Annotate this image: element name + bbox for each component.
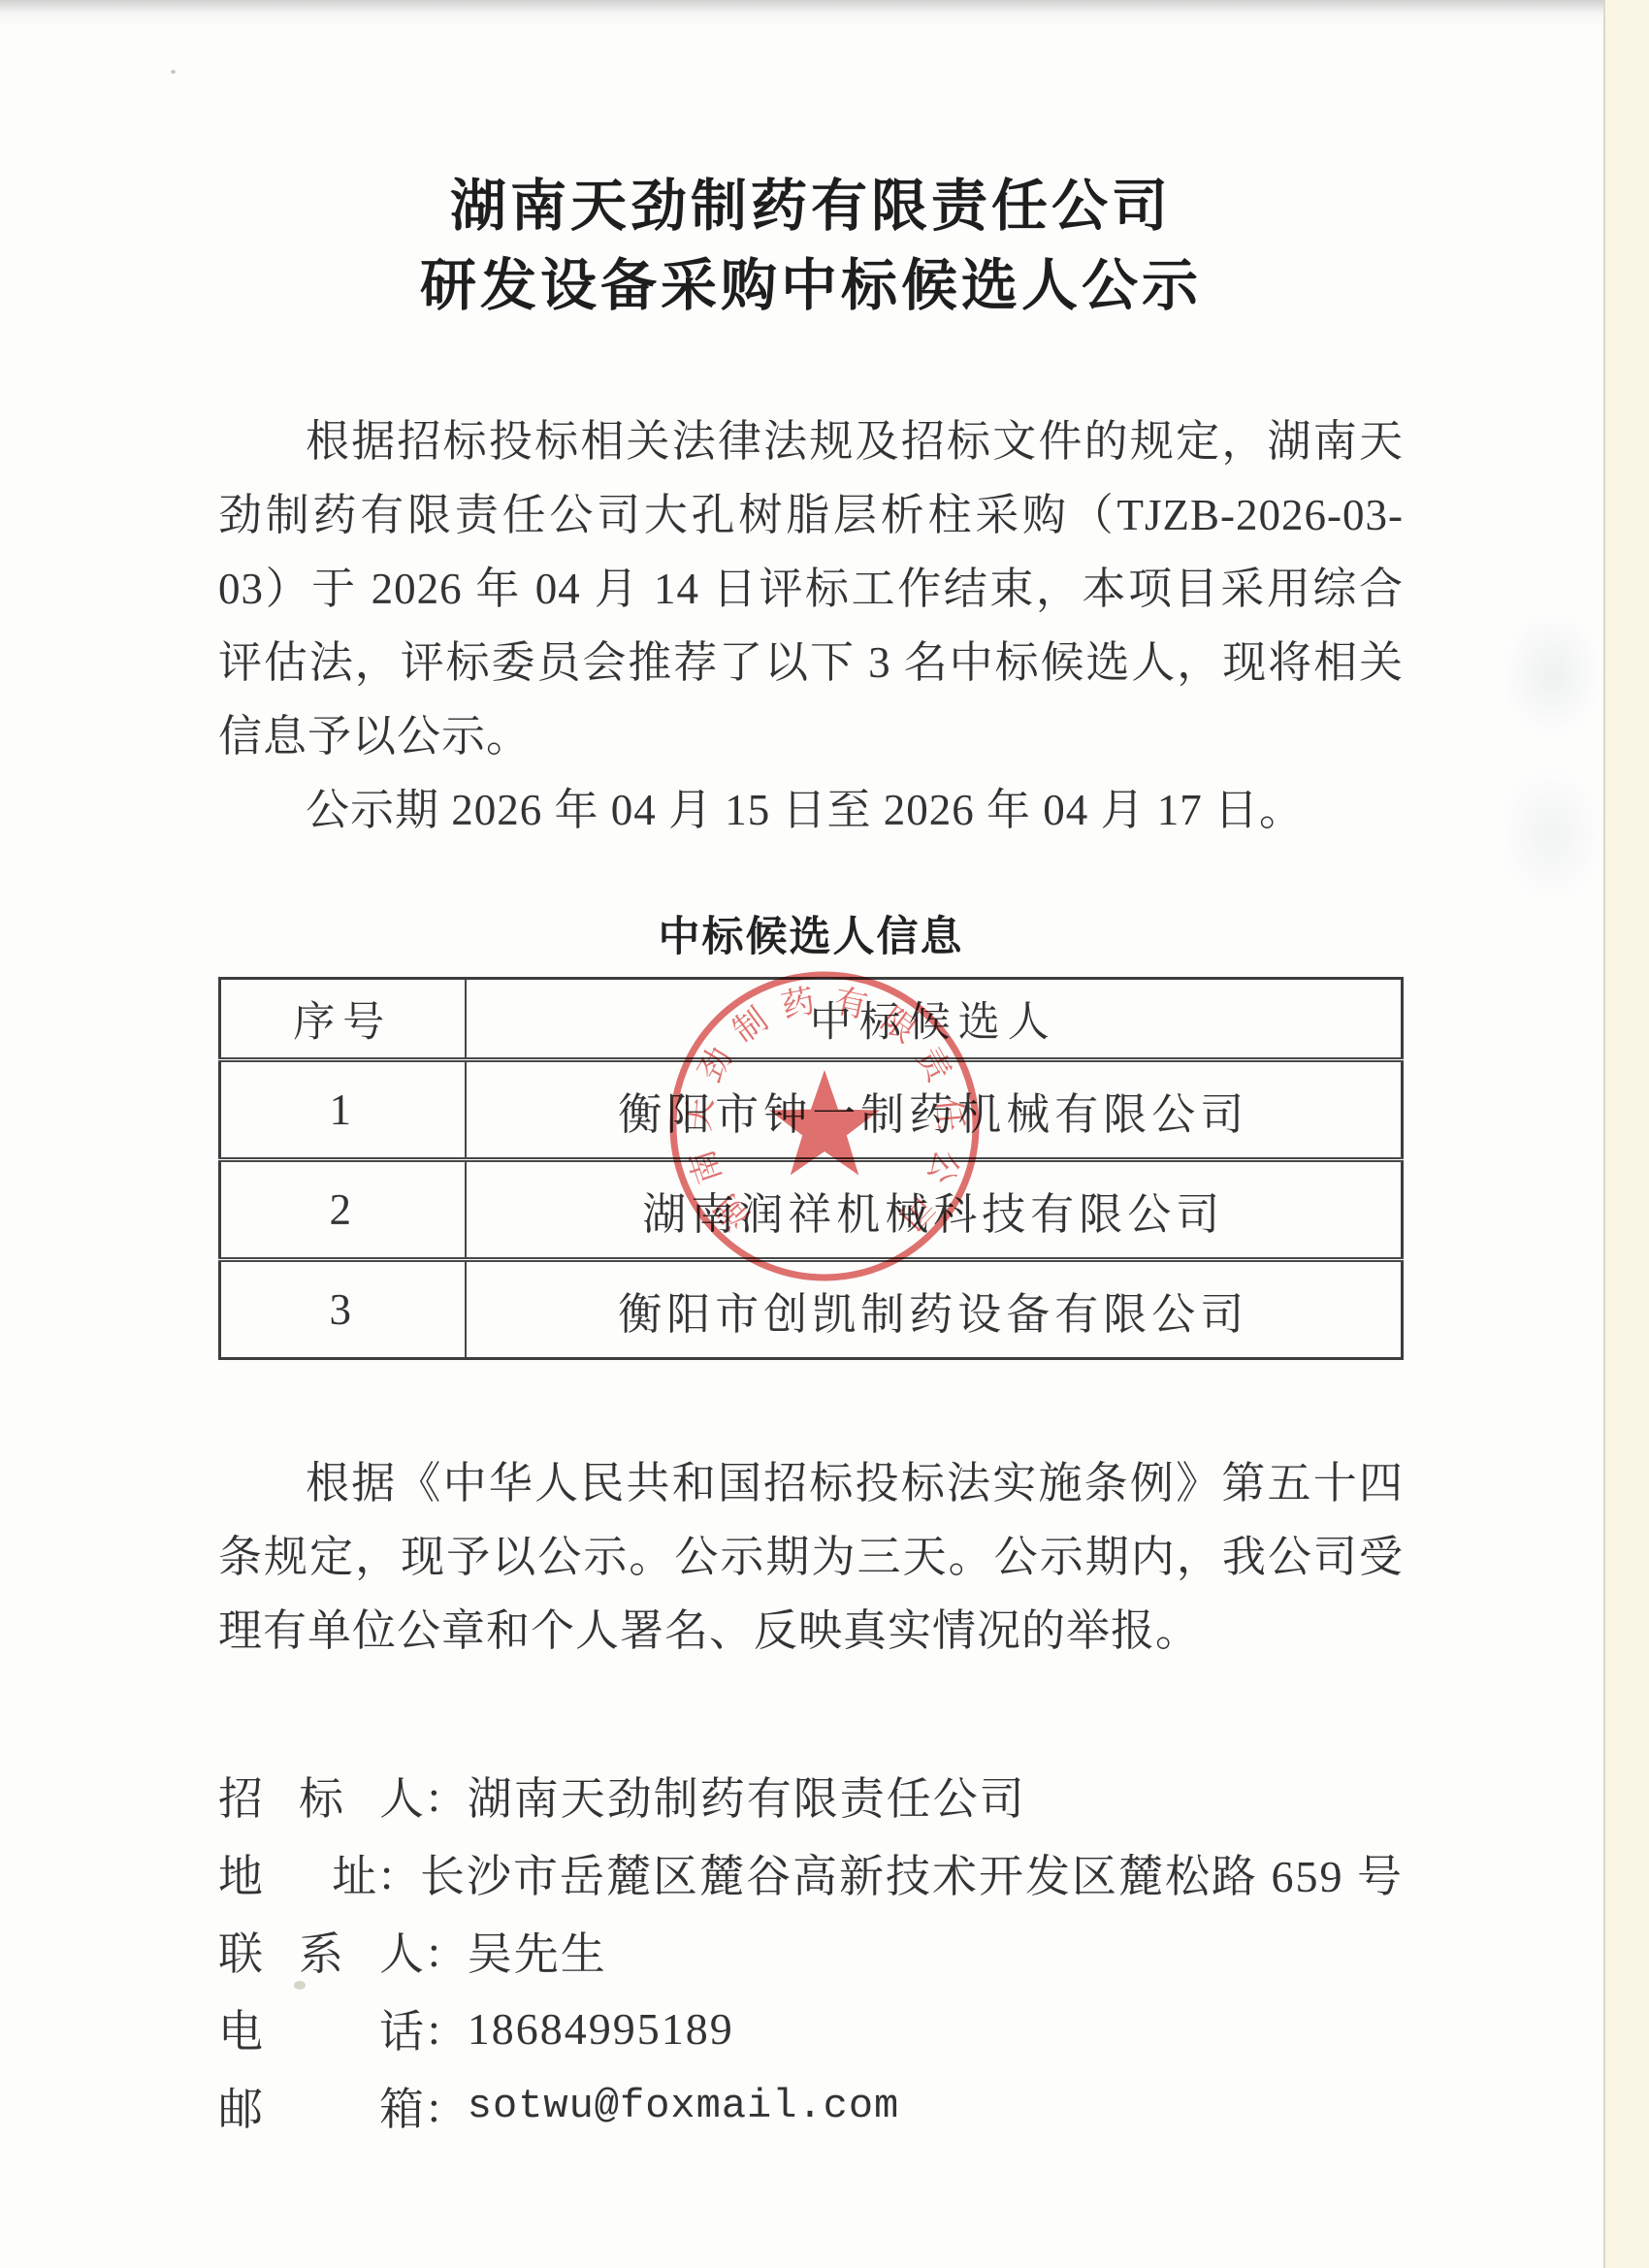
seal-arc-char: 有: [830, 983, 870, 1025]
contact-label: 联系人: [218, 1919, 424, 1983]
column-header-no: 序号: [220, 979, 466, 1060]
contact-colon: :: [428, 2003, 440, 2055]
contact-value: sotwu@foxmail.com: [468, 2083, 899, 2129]
scan-speck: [171, 70, 176, 74]
contact-colon: :: [380, 1848, 393, 1899]
document-title: 湖南天劲制药有限责任公司 研发设备采购中标候选人公示: [218, 167, 1404, 326]
contact-colon: :: [428, 2081, 440, 2132]
seal-arc-char: 公: [921, 1145, 965, 1187]
company-seal-stamp: 湖南天劲制药有限责任公司: [648, 950, 1001, 1303]
contact-colon: :: [428, 1770, 440, 1822]
paragraph-legal-basis: 根据《中华人民共和国招标投标法实施条例》第五十四条规定，现予以公示。公示期为三天…: [218, 1446, 1404, 1668]
seal-arc-char: 药: [779, 984, 819, 1025]
seal-arc-char: 南: [683, 1145, 728, 1187]
stamp-star-icon: [769, 1070, 880, 1176]
contact-label: 招标人: [218, 1764, 424, 1828]
contact-row-tenderee: 招标人:湖南天劲制药有限责任公司: [218, 1757, 1404, 1834]
contact-label: 邮箱: [218, 2074, 424, 2138]
contact-value: 湖南天劲制药有限责任公司: [468, 1764, 1026, 1828]
scanned-document-page: 湖南天劲制药有限责任公司 研发设备采购中标候选人公示 根据招标投标相关法律法规及…: [0, 0, 1649, 2268]
contact-label: 电话: [218, 1996, 424, 2060]
scan-smudge: [1502, 611, 1603, 737]
contact-row-contact-person: 联系人:吴先生: [218, 1912, 1404, 1990]
paper-right-edge: [1603, 0, 1649, 2268]
candidate-rank: 1: [220, 1060, 466, 1160]
contact-row-email: 邮箱:sotwu@foxmail.com: [218, 2067, 1404, 2145]
title-line-1: 湖南天劲制药有限责任公司: [450, 175, 1172, 238]
candidate-rank: 3: [220, 1260, 466, 1359]
paragraph-intro: 根据招标投标相关法律法规及招标文件的规定，湖南天劲制药有限责任公司大孔树脂层析柱…: [218, 405, 1404, 773]
contact-value: 长沙市岳麓区麓谷高新技术开发区麓松路 659 号: [420, 1841, 1404, 1905]
contact-value: 吴先生: [468, 1919, 607, 1983]
contact-row-address: 地址:长沙市岳麓区麓谷高新技术开发区麓松路 659 号: [218, 1834, 1404, 1912]
seal-arc-char: 任: [929, 1096, 969, 1132]
contact-row-phone: 电话:18684995189: [218, 1990, 1404, 2067]
contact-label: 地址: [218, 1841, 376, 1905]
contact-colon: :: [428, 1926, 440, 1977]
title-line-2: 研发设备采购中标候选人公示: [420, 254, 1202, 317]
scan-smudge: [1499, 766, 1605, 902]
paragraph-publicity-period: 公示期 2026 年 04 月 15 日至 2026 年 04 月 17 日。: [218, 773, 1404, 847]
candidate-rank: 2: [220, 1160, 466, 1260]
contact-block: 招标人:湖南天劲制药有限责任公司 地址:长沙市岳麓区麓谷高新技术开发区麓松路 6…: [218, 1757, 1404, 2145]
seal-arc-char: 天: [681, 1096, 720, 1132]
contact-value: 18684995189: [468, 2003, 734, 2055]
